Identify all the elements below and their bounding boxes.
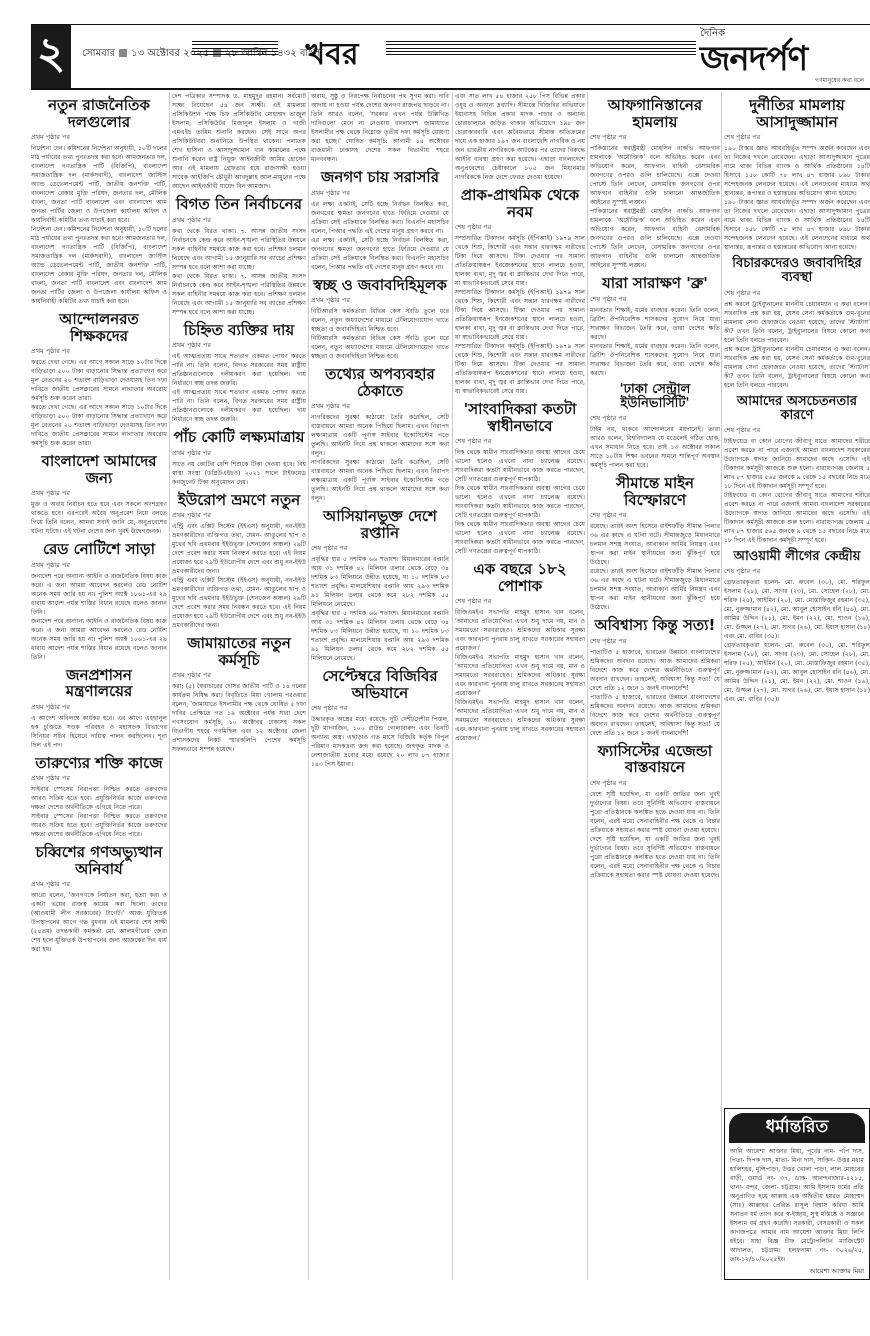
article-body: পাকিস্তানের স্বরাষ্ট্রমন্ত্রী মোহসিন নাক… xyxy=(590,144,720,207)
article-body-cont: বিজিএমইএ সভাপতি মাহমুদ হাসান খান বলেন, '… xyxy=(455,653,585,698)
article-body-cont: দিক থেকে স্বাধীন সাংবাদিকতার অবস্থা আগের… xyxy=(455,484,585,520)
headline: এক বছরে ১৮২ পোশাক xyxy=(455,561,585,594)
decorative-rules-left xyxy=(192,41,278,55)
article-body-cont: নাগরিকদের সুরক্ষা কাঠামো তৈরি করেছিল, সে… xyxy=(311,458,449,503)
headline: 'সাংবাদিকরা কতটা স্বাধীনভাবে xyxy=(455,401,585,434)
headline: পাঁচ কোটি লক্ষ্যমাত্রায় xyxy=(172,429,306,446)
headline: দুর্নীতির মামলায় আসাদুজ্জামান xyxy=(724,97,870,130)
headline: স্বচ্ছ ও জবাবদিহিমূলক xyxy=(311,277,449,294)
jump-label: প্রথম পৃষ্ঠার পর xyxy=(31,132,167,143)
article-body: করা; (৫) স্বৈরাচারের দোসর জাতীয় পার্টি … xyxy=(172,682,306,754)
decorative-rules-right xyxy=(386,41,696,55)
headline: জামায়াতের নতুন কর্মসূচি xyxy=(172,635,306,668)
article-body: এই আত্মপ্রত্যয় সাথে শতভাগ একমত পোষণ করত… xyxy=(172,352,306,388)
article: জনগণ চায় সরাসরিপ্রথম পৃষ্ঠার পরএর লক্ষ্… xyxy=(311,169,449,272)
article-body: নাগরিকদের সুরক্ষা কাঠামো তৈরি করেছিল, সে… xyxy=(311,413,449,458)
article-body: সম্প্রসারিত টিকাদান কর্মসূচি (ইপিআই) ১৯৭… xyxy=(455,234,585,288)
headline: আসিয়ানভুক্ত দেশে রপ্তানি xyxy=(311,508,449,541)
article-body: করতে দেখা গেছে। এর আগে সকাল সাড়ে ১০টার … xyxy=(31,358,167,403)
jump-label: প্রথম পৃষ্ঠার পর xyxy=(172,340,306,351)
article: বিগত তিন নির্বাচনেরপ্রথম পৃষ্ঠার পরকথা থ… xyxy=(172,196,306,317)
column-1: নতুন রাজনৈতিক দলগুলোরপ্রথম পৃষ্ঠার পরনির… xyxy=(31,92,167,954)
article: যারা সারাক্ষণ 'ব্রু'শেষ পৃষ্ঠার পরমানবতা… xyxy=(590,275,720,378)
headline: সেপ্টেম্বরে বিজিবির অভিযানে xyxy=(311,668,449,701)
article: স্বচ্ছ ও জবাবদিহিমূলকপ্রথম পৃষ্ঠার পরবিট… xyxy=(311,277,449,362)
article-body-cont: বিটিআরসি কর্মকর্তারা বিভিন্ন কেস স্টাডি … xyxy=(311,334,449,361)
article: ফ্যাসিস্টের এজেন্ডা বাস্তবায়নেশেষ পৃষ্ঠ… xyxy=(590,743,720,880)
article: আওয়ামী লীগের কেন্দ্রীয়শেষ পৃষ্ঠার পরগ্… xyxy=(724,550,870,704)
article-body-cont: টাইফয়েড বা কোন রোগের জীবাণু যাতে আমাদের… xyxy=(724,491,870,545)
jump-label: শেষ পৃষ্ঠার পর xyxy=(590,132,720,143)
jump-label: শেষ পৃষ্ঠার পর xyxy=(311,543,449,554)
jump-label: প্রথম পৃষ্ঠার পর xyxy=(31,488,167,499)
column-divider xyxy=(721,92,722,1280)
jump-label: শেষ পৃষ্ঠার পর xyxy=(590,636,720,647)
headline: চিহ্নিত ব্যক্তির দায় xyxy=(172,322,306,339)
newspaper-logo: দৈনিক জনদর্পণ গণমানুষের কথা বলে xyxy=(700,26,870,86)
article-body: রয়েছে। তারই অংশ হিসেবে বাইশফাঁড়ি সীমান… xyxy=(590,522,720,567)
article-continuation: দেশ পত্রিকার সম্পাদক ড. মাহমুদুর রহমান। … xyxy=(172,92,306,191)
jump-label: শেষ পৃষ্ঠার পর xyxy=(455,436,585,447)
article-body-cont: পাকিস্তানের স্বরাষ্ট্রমন্ত্রী মোহসিন নাক… xyxy=(590,207,720,270)
article-body: এ আদেশ অবিলম্বে কার্যকর হবে। এর আগে এহছা… xyxy=(31,714,167,750)
jump-label: শেষ পৃষ্ঠার পর xyxy=(724,425,870,436)
headline: ফ্যাসিস্টের এজেন্ডা বাস্তবায়নে xyxy=(590,743,720,776)
article: তথ্যের অপব্যবহার ঠেকাতেপ্রথম পৃষ্ঠার পরন… xyxy=(311,366,449,503)
notice-title: ধর্মান্তরিত xyxy=(729,1113,865,1143)
article-body: মানবতার শিক্ষাই, ধর্মের ব্যবহার করেন। তি… xyxy=(590,306,720,342)
headline: ইউরোপ ভ্রমণে নতুন xyxy=(172,492,306,509)
article-body: এর লক্ষ্য একটাই, সেটি হচ্ছে নির্বাচন বিল… xyxy=(311,200,449,236)
article: আমাদের অসচেতনতার কারণেশেষ পৃষ্ঠার পরটাইফ… xyxy=(724,395,870,546)
article: জনপ্রশাসন মন্ত্রণালয়েরপ্রথম পৃষ্ঠার পরএ… xyxy=(31,667,167,750)
article-body: কথা থেকে বিরত থাকা। ৭. আসন্ন জাতীয় সংসদ… xyxy=(172,227,306,272)
article: সেপ্টেম্বরে বিজিবির অভিযানেশেষ পৃষ্ঠার প… xyxy=(311,668,449,769)
article-body-cont: এর লক্ষ্য একটাই, সেটি হচ্ছে নির্বাচন বিল… xyxy=(311,236,449,272)
article: প্রাক-প্রাথমিক থেকে নবমশেষ পৃষ্ঠার পরসম্… xyxy=(455,187,585,396)
article-body-cont: এন্ট্রি এবং এক্সিট সিস্টেম (ইইএস) অনুযায… xyxy=(172,576,306,630)
section-title: খবর xyxy=(282,30,382,81)
article: ইউরোপ ভ্রমণে নতুনপ্রথম পৃষ্ঠার পরএন্ট্রি… xyxy=(172,492,306,631)
headline: যারা সারাক্ষণ 'ব্রু' xyxy=(590,275,720,292)
article-body: সাইবার স্পেসের নিরাপত্তা নিশ্চিত করতে তর… xyxy=(31,785,167,812)
jump-label: শেষ পৃষ্ঠার পর xyxy=(590,413,720,424)
separator-square-icon xyxy=(119,49,127,57)
column-divider xyxy=(169,92,170,1280)
article-body: নির্দেশনা দেন। কমিশনের নির্দেশনা অনুযায়… xyxy=(31,144,167,225)
headline: সীমান্তে মাইন বিস্ফোরণে xyxy=(590,475,720,508)
article-body: বিটিআরসি কর্মকর্তারা বিভিন্ন কেস স্টাডি … xyxy=(311,307,449,334)
headline: চব্বিশের গণঅভ্যুত্থান অনিবার্য xyxy=(31,844,167,877)
article: এক বছরে ১৮২ পোশাকশেষ পৃষ্ঠার পরবিজিএমইএ … xyxy=(455,561,585,743)
article-body-cont: রয়েছে। তারই অংশ হিসেবে বাইশফাঁড়ি সীমান… xyxy=(590,567,720,612)
column-divider xyxy=(452,92,453,1280)
jump-label: শেষ পৃষ্ঠার পর xyxy=(455,596,585,607)
article: চিহ্নিত ব্যক্তির দায়প্রথম পৃষ্ঠার পরএই … xyxy=(172,322,306,425)
column-2: দেশ পত্রিকার সম্পাদক ড. মাহমুদুর রহমান। … xyxy=(172,92,306,754)
article: 'সাংবাদিকরা কতটা স্বাধীনভাবেশেষ পৃষ্ঠার … xyxy=(455,401,585,556)
article: বাংলাদেশ আমাদের জন্যপ্রথম পৃষ্ঠার পরমুক্… xyxy=(31,453,167,536)
article-body: ১৯০ টাকার জ্ঞাত আয়বহির্ভূত সম্পদ অর্জন … xyxy=(724,144,870,198)
article-body-cont: মানবতার শিক্ষাই, ধর্মের ব্যবহার করেন। তি… xyxy=(590,342,720,378)
headline: 'ঢাকা সেন্ট্রাল ইউনিভার্সিটি' xyxy=(590,383,720,412)
jump-label: শেষ পৃষ্ঠার পর xyxy=(724,132,870,143)
article-body: দেশ পত্রিকার সম্পাদক ড. মাহমুদুর রহমান। … xyxy=(172,92,306,191)
jump-label: প্রথম পৃষ্ঠার পর xyxy=(31,879,167,890)
article: দুর্নীতির মামলায় আসাদুজ্জামানশেষ পৃষ্ঠা… xyxy=(724,97,870,252)
article-body-cont: এই আত্মপ্রত্যয় সাথে শতভাগ একমত পোষণ করত… xyxy=(172,388,306,424)
jump-label: শেষ পৃষ্ঠার পর xyxy=(724,566,870,577)
header-divider xyxy=(31,88,870,90)
column-6: দুর্নীতির মামলায় আসাদুজ্জামানশেষ পৃষ্ঠা… xyxy=(724,92,870,1102)
headline: জনপ্রশাসন মন্ত্রণালয়ের xyxy=(31,667,167,700)
headline: বাংলাদেশ আমাদের জন্য xyxy=(31,453,167,486)
article-body-cont: জনাদেশ পরে অন্যান্য আইনি ও রাজনৈতিক বিষয… xyxy=(31,617,167,662)
article: পাঁচ কোটি লক্ষ্যমাত্রায়প্রথম পৃষ্ঠার পর… xyxy=(172,429,306,487)
headline: আফগানিস্তানের হামলায় xyxy=(590,97,720,130)
conversion-notice-box: ধর্মান্তরিত আমি আয়েশা আক্তার মিয়া, পূর… xyxy=(724,1108,870,1280)
article-body: প্রশ্ন করলে ট্রাইব্যুনালের মাননীয় চেয়া… xyxy=(724,300,870,345)
article: আন্দোলনরত শিক্ষকদেরপ্রথম পৃষ্ঠার পরকরতে … xyxy=(31,311,167,448)
jump-label: প্রথম পৃষ্ঠার পর xyxy=(311,188,449,199)
article: জামায়াতের নতুন কর্মসূচিপ্রথম পৃষ্ঠার পর… xyxy=(172,635,306,754)
jump-label: শেষ পৃষ্ঠার পর xyxy=(590,778,720,789)
article-body: এন্ট্রি এবং এক্সিট সিস্টেম (ইইএস) অনুযায… xyxy=(172,522,306,576)
article-body-cont: কথা থেকে বিরত থাকা। ৭. আসন্ন জাতীয় সংসদ… xyxy=(172,272,306,317)
headline: প্রাক-প্রাথমিক থেকে নবম xyxy=(455,187,585,220)
article: বিচারকদেরও জবাবদিহির ব্যবস্থাশেষ পৃষ্ঠার… xyxy=(724,257,870,390)
headline: আওয়ামী লীগের কেন্দ্রীয় xyxy=(724,550,870,564)
article-body-cont: সম্প্রসারিত টিকাদান কর্মসূচি (ইপিআই) ১৯৭… xyxy=(455,288,585,342)
jump-label: প্রথম পৃষ্ঠার পর xyxy=(172,510,306,521)
headline: আন্দোলনরত শিক্ষকদের xyxy=(31,311,167,344)
article-body-cont: প্রবৃদ্ধির হার ৫ দশমিক ৬৬ শতাংশ। মিয়ানম… xyxy=(311,609,449,663)
article-body: টাইফয়েড বা কোন রোগের জীবাণু যাতে আমাদের… xyxy=(724,437,870,491)
article-body: বিজিএমইএ সভাপতি মাহমুদ হাসান খান বলেন, '… xyxy=(455,608,585,653)
article-body: দেশে সৃষ্টি হয়েছিল, যা একটি জাতির জন্য … xyxy=(590,790,720,835)
article-body: মুক্ত ও অবাধ নির্বাচন হতে হবে এবং সকলে অ… xyxy=(31,500,167,536)
article-body: আরো বলেন, 'জনগণকে নির্যাতন করা, হত্যা কর… xyxy=(31,891,167,954)
headline: নতুন রাজনৈতিক দলগুলোর xyxy=(31,97,167,130)
article: রেড নোটিশে সাড়াপ্রথম পৃষ্ঠার পরজনাদেশ প… xyxy=(31,541,167,662)
headline: বিচারকদেরও জবাবদিহির ব্যবস্থা xyxy=(724,257,870,286)
article-body: পাতাটিও ৫ হাজারে, ভারতের উন্নয়নে বাংলাদ… xyxy=(590,648,720,693)
jump-label: প্রথম পৃষ্ঠার পর xyxy=(172,448,306,459)
headline: আমাদের অসচেতনতার কারণে xyxy=(724,395,870,424)
jump-label: প্রথম পৃষ্ঠার পর xyxy=(311,295,449,306)
jump-label: শেষ পৃষ্ঠার পর xyxy=(455,222,585,233)
headline: অবিশ্বাস্য কিন্তু সত্য! xyxy=(590,617,720,634)
article: তারুণ্যের শক্তি কাজেপ্রথম পৃষ্ঠার পরসাইব… xyxy=(31,755,167,840)
article-body: অবাধ, সুষ্ঠু ও নিরপেক্ষ নির্বাচনের পথ সু… xyxy=(311,92,449,164)
article-body: টাইম নয়, থাকবে আন্দোলনের ময়দানেই। তারা… xyxy=(590,425,720,470)
jump-label: শেষ পৃষ্ঠার পর xyxy=(724,288,870,299)
notice-signature: আয়েশা আক্তার মিয়া xyxy=(725,1264,869,1279)
logo-title: জনদর্পণ xyxy=(700,43,870,75)
article-body-cont: গ্রেফতারকৃতরা হলেন- মো. রুবেল (৩০), মো. … xyxy=(724,641,870,704)
headline: তারুণ্যের শক্তি কাজে xyxy=(31,755,167,772)
article-body: প্রবৃদ্ধির হার ৫ দশমিক ৬৬ শতাংশ। মিয়ানম… xyxy=(311,555,449,609)
article-body: উদ্ধারকৃত অস্ত্রের মধ্যে রয়েছে- দুটি দে… xyxy=(311,715,449,769)
jump-label: প্রথম পৃষ্ঠার পর xyxy=(31,773,167,784)
jump-label: প্রথম পৃষ্ঠার পর xyxy=(31,560,167,571)
notice-body: আমি আয়েশা আক্তার মিয়া, পূর্বের নাম- পপ… xyxy=(725,1147,869,1264)
article-body: জনাদেশ পরে অন্যান্য আইনি ও রাজনৈতিক বিষয… xyxy=(31,572,167,617)
article-body-cont: প্রশ্ন করলে ট্রাইব্যুনালের মাননীয় চেয়া… xyxy=(724,345,870,390)
article-body-cont: বিজিএমইএ সভাপতি মাহমুদ হাসান খান বলেন, '… xyxy=(455,698,585,743)
article-continuation: অবাধ, সুষ্ঠু ও নিরপেক্ষ নির্বাচনের পথ সু… xyxy=(311,92,449,164)
headline: বিগত তিন নির্বাচনের xyxy=(172,196,306,213)
column-4: এবং সাত লাখ ৫৪ হাজার ২৫৮ পিস বিভিন্ন প্র… xyxy=(455,92,585,743)
article-body: গ্রেফতারকৃতরা হলেন- মো. রুবেল (৩০), মো. … xyxy=(724,578,870,641)
jump-label: প্রথম পৃষ্ঠার পর xyxy=(172,670,306,681)
article: চব্বিশের গণঅভ্যুত্থান অনিবার্যপ্রথম পৃষ্… xyxy=(31,844,167,954)
jump-label: শেষ পৃষ্ঠার পর xyxy=(590,510,720,521)
headline: তথ্যের অপব্যবহার ঠেকাতে xyxy=(311,366,449,399)
article-body-cont: পাতাটিও ৫ হাজারে, ভারতের উন্নয়নে বাংলাদ… xyxy=(590,693,720,738)
column-3: অবাধ, সুষ্ঠু ও নিরপেক্ষ নির্বাচনের পথ সু… xyxy=(311,92,449,769)
jump-label: প্রথম পৃষ্ঠার পর xyxy=(172,215,306,226)
jump-label: শেষ পৃষ্ঠার পর xyxy=(311,703,449,714)
article-body-cont: করতে দেখা গেছে। এর আগে সকাল সাড়ে ১০টার … xyxy=(31,403,167,448)
article-body: সাড়ে নয় কোটির বেশি শিশুকে টিকা দেওয়া … xyxy=(172,460,306,487)
article: নতুন রাজনৈতিক দলগুলোরপ্রথম পৃষ্ঠার পরনির… xyxy=(31,97,167,306)
article-body-cont: সাইবার স্পেসের নিরাপত্তা নিশ্চিত করতে তর… xyxy=(31,812,167,839)
article-body-cont: নির্দেশনা দেন। কমিশনের নির্দেশনা অনুযায়… xyxy=(31,225,167,306)
headline: রেড নোটিশে সাড়া xyxy=(31,541,167,558)
article: অবিশ্বাস্য কিন্তু সত্য!শেষ পৃষ্ঠার পরপাত… xyxy=(590,617,720,738)
jump-label: প্রথম পৃষ্ঠার পর xyxy=(31,702,167,713)
article: 'ঢাকা সেন্ট্রাল ইউনিভার্সিটি'শেষ পৃষ্ঠার… xyxy=(590,383,720,471)
headline: জনগণ চায় সরাসরি xyxy=(311,169,449,186)
article-continuation: এবং সাত লাখ ৫৪ হাজার ২৫৮ পিস বিভিন্ন প্র… xyxy=(455,92,585,182)
jump-label: প্রথম পৃষ্ঠার পর xyxy=(31,346,167,357)
article: সীমান্তে মাইন বিস্ফোরণেশেষ পৃষ্ঠার পররয়… xyxy=(590,475,720,612)
article-body-cont: সম্প্রসারিত টিকাদান কর্মসূচি (ইপিআই) ১৯৭… xyxy=(455,342,585,396)
article: আসিয়ানভুক্ত দেশে রপ্তানিশেষ পৃষ্ঠার পরপ… xyxy=(311,508,449,663)
column-divider xyxy=(308,92,309,1280)
article-body: এবং সাত লাখ ৫৪ হাজার ২৫৮ পিস বিভিন্ন প্র… xyxy=(455,92,585,182)
day: সোমবার xyxy=(82,48,115,59)
jump-label: শেষ পৃষ্ঠার পর xyxy=(590,294,720,305)
article-body-cont: দেশে সৃষ্টি হয়েছিল, যা একটি জাতির জন্য … xyxy=(590,835,720,880)
jump-label: প্রথম পৃষ্ঠার পর xyxy=(311,401,449,412)
article-body: দিক থেকে স্বাধীন সাংবাদিকতার অবস্থা আগের… xyxy=(455,448,585,484)
column-divider xyxy=(587,92,588,1280)
article-body-cont: ১৯০ টাকার জ্ঞাত আয়বহির্ভূত সম্পদ অর্জন … xyxy=(724,198,870,252)
column-5: আফগানিস্তানের হামলায়শেষ পৃষ্ঠার পরপাকিস… xyxy=(590,92,720,880)
article: আফগানিস্তানের হামলায়শেষ পৃষ্ঠার পরপাকিস… xyxy=(590,97,720,270)
article-body-cont: দিক থেকে স্বাধীন সাংবাদিকতার অবস্থা আগের… xyxy=(455,520,585,556)
